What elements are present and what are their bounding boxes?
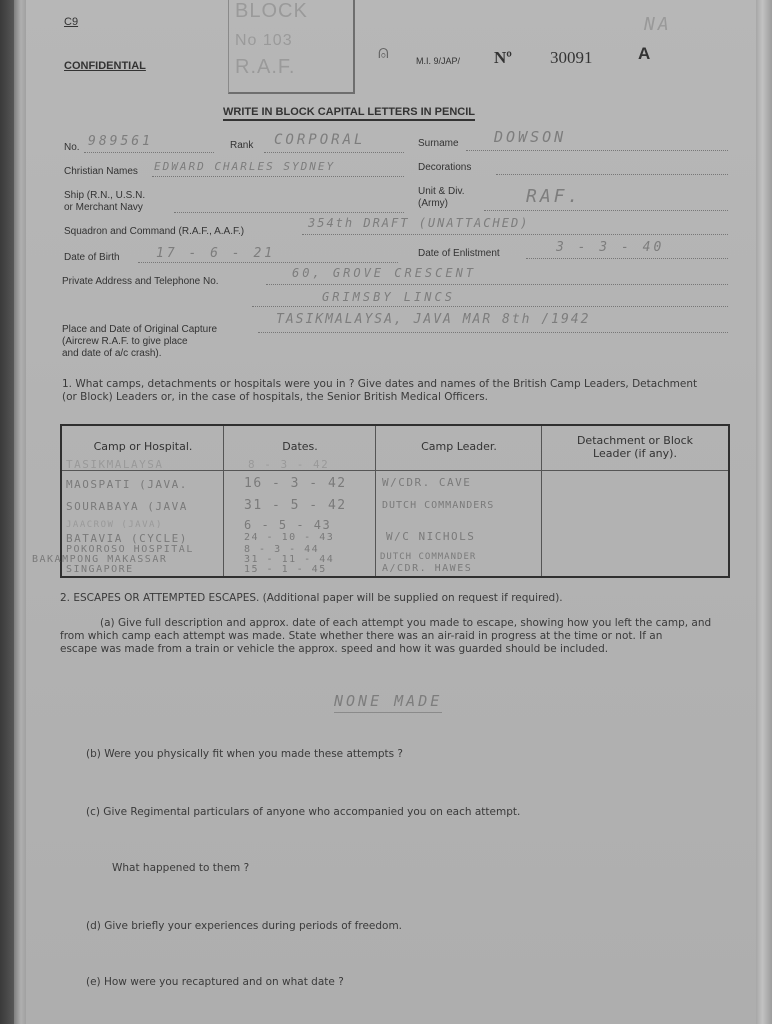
ship-line	[174, 212, 404, 213]
service-no-label: No.	[64, 142, 80, 153]
date-of-birth-line	[138, 262, 398, 263]
decorations-line	[496, 174, 728, 175]
unit-label-line-2: (Army)	[418, 198, 465, 210]
row-0-camp[interactable]: TASIKMALAYSA	[66, 458, 163, 471]
question-c-followup: What happened to them ?	[112, 862, 249, 874]
row-1-leader[interactable]: W/CDR. CAVE	[382, 476, 471, 489]
ship-label: Ship (R.N., U.S.N. or Merchant Navy	[64, 190, 145, 214]
row-3-camp[interactable]: JAACROW (JAVA)	[66, 520, 163, 530]
section-2a-line-1: (a) Give full description and approx. da…	[100, 617, 711, 629]
row-2-date[interactable]: 31 - 5 - 42	[244, 498, 347, 513]
rank-label: Rank	[230, 140, 253, 151]
question-b: (b) Were you physically fit when you mad…	[86, 748, 403, 760]
stamp-line-3: R.A.F.	[235, 56, 295, 79]
block-stamp: BLOCK No 103 R.A.F.	[228, 0, 355, 94]
pencil-note: NA	[644, 14, 672, 35]
section-2a-line-3: escape was made from a train or vehicle …	[60, 643, 608, 655]
date-of-birth-label: Date of Birth	[64, 252, 120, 263]
section-2a-line-2: from which camp each attempt was made. S…	[60, 630, 662, 642]
enlistment-line	[526, 258, 728, 259]
escape-answer[interactable]: NONE MADE	[334, 692, 442, 713]
question-e: (e) How were you recaptured and on what …	[86, 976, 344, 988]
unit-value[interactable]: RAF.	[526, 186, 581, 207]
rank-line	[264, 152, 404, 153]
squadron-line	[302, 234, 728, 235]
stamp-line-2: No 103	[235, 32, 293, 50]
ship-label-line-1: Ship (R.N., U.S.N.	[64, 190, 145, 202]
form-page: C9 CONFIDENTIAL BLOCK No 103 R.A.F. ⍝ M.…	[26, 0, 756, 1024]
unit-line	[484, 210, 728, 211]
question-d: (d) Give briefly your experiences during…	[86, 920, 402, 932]
address-line-2[interactable]: GRIMSBY LINCS	[322, 290, 455, 304]
header-camp-leader: Camp Leader.	[376, 426, 542, 470]
row-0-date[interactable]: 8 - 3 - 42	[248, 458, 329, 471]
corner-mark: C9	[64, 16, 78, 28]
date-of-birth-value[interactable]: 17 - 6 - 21	[156, 246, 275, 261]
capture-label-line-3: and date of a/c crash).	[62, 348, 217, 360]
capture-label: Place and Date of Original Capture (Airc…	[62, 324, 217, 360]
form-number: 30091	[550, 48, 593, 68]
row-2-leader[interactable]: DUTCH COMMANDERS	[382, 500, 494, 511]
service-no-line	[84, 152, 214, 153]
section-2-title: 2. ESCAPES OR ATTEMPTED ESCAPES. (Additi…	[60, 592, 563, 604]
squadron-label: Squadron and Command (R.A.F., A.A.F.)	[64, 226, 244, 237]
address-line-1[interactable]: 60, GROVE CRESCENT	[292, 266, 476, 280]
row-7-camp[interactable]: SINGAPORE	[66, 564, 134, 575]
row-7-leader[interactable]: A/CDR. HAWES	[382, 563, 472, 574]
service-no-value[interactable]: 989561	[88, 134, 153, 149]
row-4-leader[interactable]: W/C NICHOLS	[386, 530, 475, 543]
decorations-label: Decorations	[418, 162, 471, 173]
header-block-leader: Detachment or Block Leader (if any).	[542, 426, 728, 470]
capture-label-line-2: (Aircrew R.A.F. to give place	[62, 336, 217, 348]
surname-label: Surname	[418, 138, 459, 149]
rank-value[interactable]: CORPORAL	[274, 132, 365, 148]
instruction-heading: WRITE IN BLOCK CAPITAL LETTERS IN PENCIL	[223, 106, 475, 121]
enlistment-value[interactable]: 3 - 3 - 40	[556, 240, 664, 255]
page-right-edge	[756, 0, 772, 1024]
christian-names-line	[152, 176, 404, 177]
capture-label-line-1: Place and Date of Original Capture	[62, 324, 217, 336]
capture-line	[258, 332, 728, 333]
row-4-date[interactable]: 24 - 10 - 43	[244, 532, 334, 543]
row-1-date[interactable]: 16 - 3 - 42	[244, 476, 347, 491]
number-label: Nº	[494, 48, 512, 68]
row-3-date[interactable]: 6 - 5 - 43	[244, 518, 331, 532]
row-7-date[interactable]: 15 - 1 - 45	[244, 564, 327, 575]
pin-mark-icon: ⍝	[378, 42, 389, 63]
surname-value[interactable]: DOWSON	[494, 128, 566, 146]
address-line-1-rule	[266, 284, 728, 285]
christian-names-label: Christian Names	[64, 166, 138, 177]
capture-value[interactable]: TASIKMALAYSA, JAVA MAR 8th /1942	[276, 312, 590, 327]
section-1-question: 1. What camps, detachments or hospitals …	[62, 378, 697, 390]
classification-label: CONFIDENTIAL	[64, 60, 146, 72]
camps-table: Camp or Hospital. Dates. Camp Leader. De…	[60, 424, 730, 578]
squadron-value[interactable]: 354th DRAFT (UNATTACHED)	[308, 216, 529, 230]
enlistment-label: Date of Enlistment	[418, 248, 500, 259]
address-label: Private Address and Telephone No.	[62, 276, 219, 287]
address-line-2-rule	[252, 306, 728, 307]
question-c: (c) Give Regimental particulars of anyon…	[86, 806, 520, 818]
ship-label-line-2: or Merchant Navy	[64, 202, 145, 214]
series-letter: A	[638, 44, 650, 64]
christian-names-value[interactable]: EDWARD CHARLES SYDNEY	[154, 160, 335, 173]
form-reference: M.I. 9/JAP/	[416, 56, 460, 66]
section-1-question-cont: (or Block) Leaders or, in the case of ho…	[62, 391, 488, 403]
unit-label-line-1: Unit & Div.	[418, 186, 465, 198]
row-2-camp[interactable]: SOURABAYA (JAVA	[66, 500, 188, 513]
row-1-camp[interactable]: MAOSPATI (JAVA.	[66, 478, 188, 491]
surname-line	[466, 150, 728, 151]
stamp-line-1: BLOCK	[235, 0, 308, 23]
row-6-leader[interactable]: DUTCH COMMANDER	[380, 552, 476, 562]
unit-label: Unit & Div. (Army)	[418, 186, 465, 210]
